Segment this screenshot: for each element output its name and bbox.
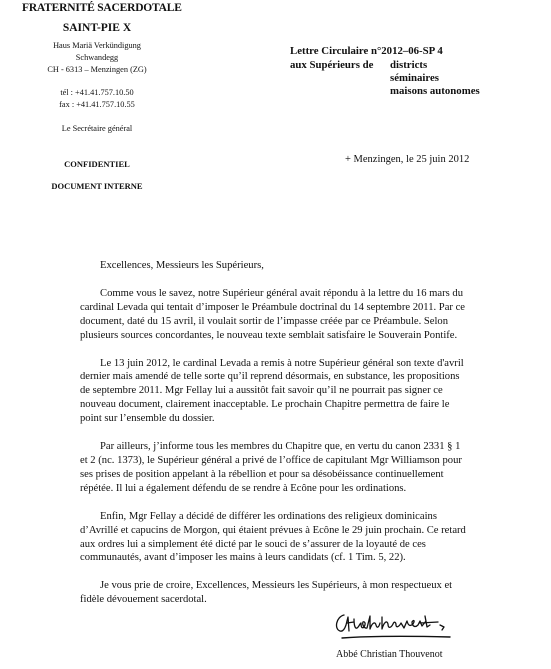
- place-date: + Menzingen, le 25 juin 2012: [345, 154, 469, 165]
- contact-block: tél : +41.41.757.10.50 fax : +41.41.757.…: [22, 87, 172, 111]
- signature-icon: [330, 611, 470, 641]
- fax-number: fax : +41.41.757.10.55: [22, 99, 172, 111]
- paragraph: Comme vous le savez, notre Supérieur gén…: [80, 287, 470, 343]
- letterhead: FRATERNITÉ SACERDOTALE SAINT-PIE X Haus …: [0, 2, 118, 133]
- recipient: maisons autonomes: [290, 85, 480, 98]
- paragraph: Par ailleurs, j’informe tous les membres…: [80, 440, 470, 496]
- paragraph: Le 13 juin 2012, le cardinal Levada a re…: [80, 357, 470, 427]
- recipient: districts: [390, 59, 427, 71]
- recipient: séminaires: [290, 72, 480, 85]
- circular-title: Lettre Circulaire n°2012–06-SP 4: [290, 45, 443, 57]
- address-line: Schwandegg: [22, 52, 172, 64]
- classification-internal: DOCUMENT INTERNE: [22, 181, 172, 191]
- address-block: Haus Mariä Verkündigung Schwandegg CH - …: [22, 40, 172, 76]
- paragraph: Enfin, Mgr Fellay a décidé de différer l…: [80, 510, 470, 566]
- circular-recipients: aux Supérieurs dedistricts séminaires ma…: [290, 59, 480, 98]
- organization-subtitle: SAINT-PIE X: [22, 22, 172, 34]
- organization-name: FRATERNITÉ SACERDOTALE: [22, 2, 172, 14]
- sender-office: Le Secrétaire général: [22, 124, 172, 133]
- address-line: Haus Mariä Verkündigung: [22, 40, 172, 52]
- address-line: CH - 6313 – Menzingen (ZG): [22, 64, 172, 76]
- phone-number: tél : +41.41.757.10.50: [22, 87, 172, 99]
- signatory-name: Abbé Christian Thouvenot: [336, 649, 442, 660]
- recipients-label: aux Supérieurs de: [290, 59, 390, 72]
- salutation: Excellences, Messieurs les Supérieurs,: [80, 259, 470, 273]
- closing-paragraph: Je vous prie de croire, Excellences, Mes…: [80, 579, 470, 607]
- classification-confidential: CONFIDENTIEL: [22, 159, 172, 169]
- letter-body: Excellences, Messieurs les Supérieurs, C…: [80, 259, 470, 621]
